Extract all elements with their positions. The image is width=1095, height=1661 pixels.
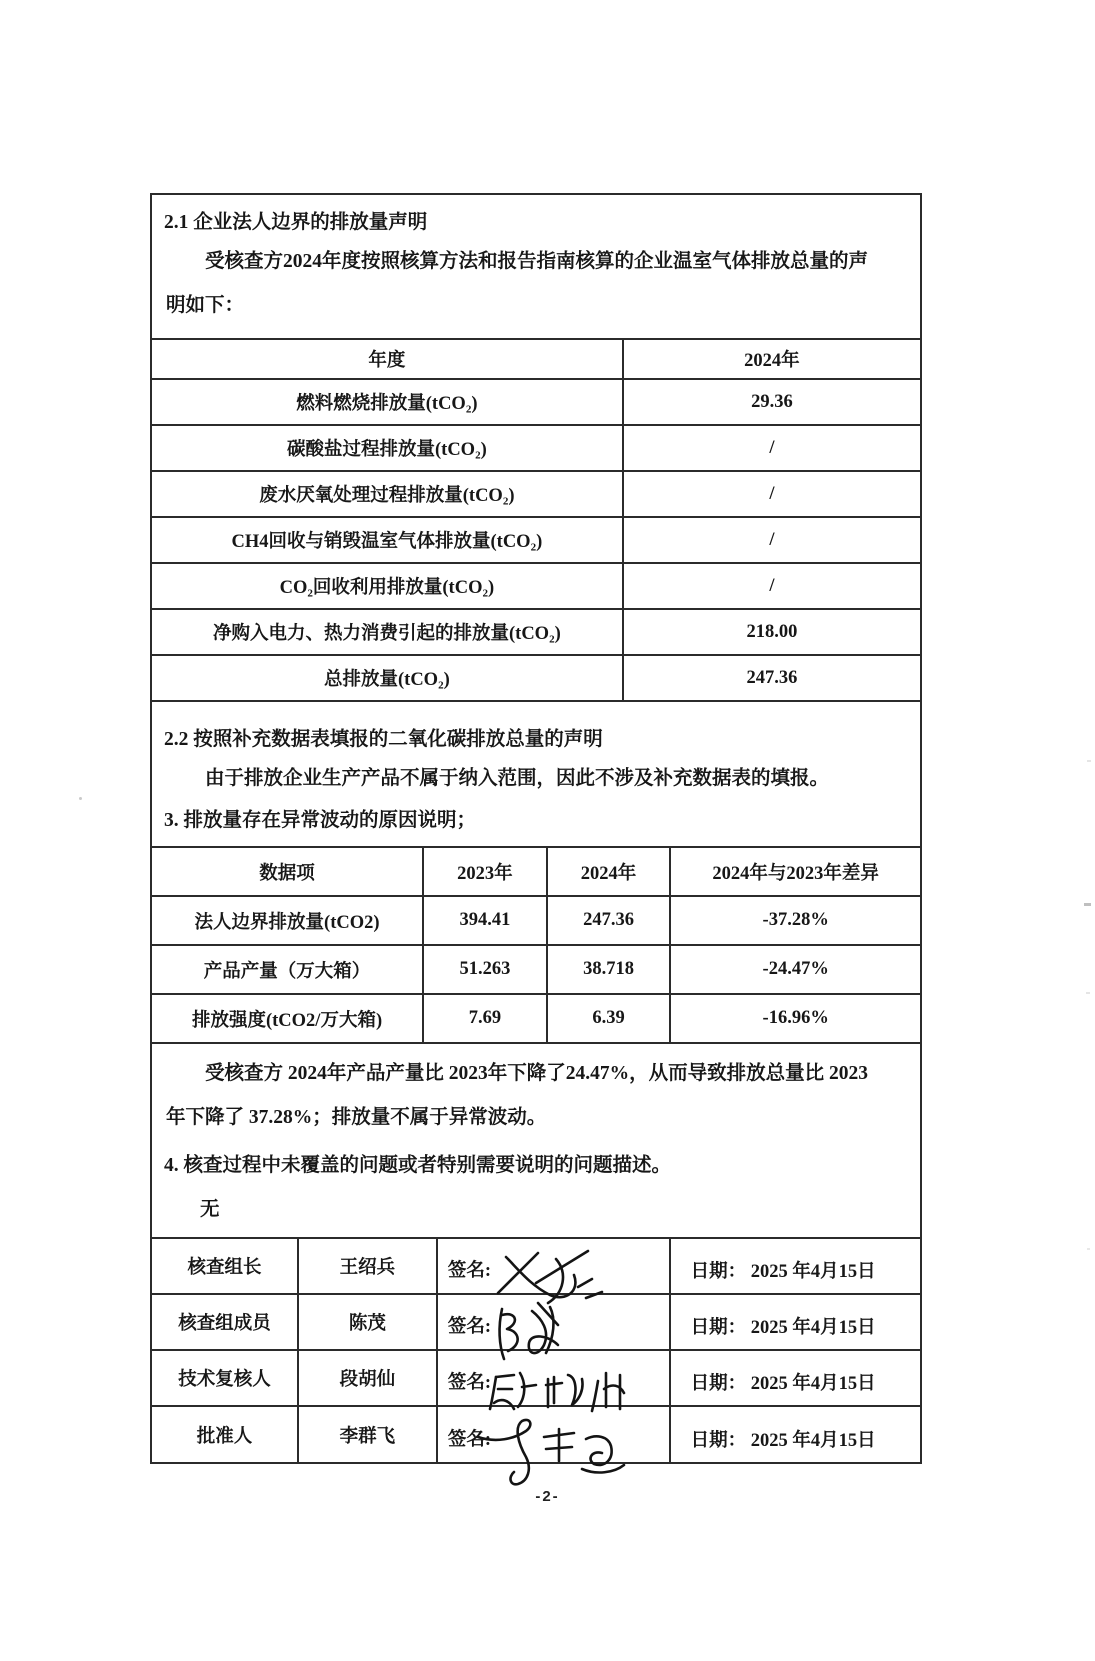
signature-row-team-member: 核查组成员 陈茂 签名: 日期： 2025 年4月15日 [152, 1294, 920, 1350]
paragraph-line: 明如下： [166, 295, 244, 316]
signature-row-team-leader: 核查组长 王绍兵 签名: 日期： 2025 年4月15日 [152, 1238, 920, 1294]
row-value: 6.39 [547, 994, 671, 1043]
table-row: 法人边界排放量(tCO2) 394.41 247.36 -37.28% [152, 896, 920, 945]
scan-artifact-dash [1086, 992, 1090, 994]
row-value: 51.263 [423, 945, 547, 994]
row-value: 394.41 [423, 896, 547, 945]
row-value: / [623, 563, 920, 609]
row-label: 燃料燃烧排放量(tCO₂) [152, 379, 623, 425]
row-value: 247.36 [547, 896, 671, 945]
paragraph-line: 受核查方2024年度按照核算方法和报告指南核算的企业温室气体排放总量的声 [205, 251, 868, 272]
section-3-heading: 3. 排放量存在异常波动的原因说明； [164, 807, 906, 834]
table-row: CH4回收与销毁温室气体排放量(tCO₂) / [152, 517, 920, 563]
table-row: 净购入电力、热力消费引起的排放量(tCO₂) 218.00 [152, 609, 920, 655]
signature-scribble-liqunfei [478, 1411, 648, 1489]
header-cell-2024: 2024年 [547, 847, 671, 896]
signature-scribble-chenmao [490, 1297, 640, 1361]
section-2-2-paragraph: 由于排放企业生产产品不属于纳入范围，因此不涉及补充数据表的填报。 [166, 765, 902, 792]
table-row: 燃料燃烧排放量(tCO₂) 29.36 [152, 379, 920, 425]
signature-table: 核查组长 王绍兵 签名: 日期： 2025 年4月15日 核查组成员 陈 [152, 1237, 920, 1462]
row-value: -24.47% [670, 945, 920, 994]
sign-label: 签名: [448, 1373, 491, 1393]
person-name: 李群飞 [298, 1406, 437, 1462]
row-label: 排放强度(tCO2/万大箱) [152, 994, 423, 1043]
role-label: 批准人 [152, 1406, 298, 1462]
row-label: 法人边界排放量(tCO2) [152, 896, 423, 945]
section-3-paragraph: 受核查方 2024年产品产量比 2023年下降了24.47%，从而导致排放总量比… [166, 1052, 902, 1140]
section-2-1-paragraph: 受核查方2024年度按照核算方法和报告指南核算的企业温室气体排放总量的声 明如下… [166, 240, 902, 328]
header-cell-item: 数据项 [152, 847, 423, 896]
table-header-row: 数据项 2023年 2024年 2024年与2023年差异 [152, 847, 920, 896]
table-row: 排放强度(tCO2/万大箱) 7.69 6.39 -16.96% [152, 994, 920, 1043]
date-cell: 日期： 2025 年4月15日 [670, 1406, 920, 1462]
row-value: 7.69 [423, 994, 547, 1043]
row-value: / [623, 517, 920, 563]
date-cell: 日期： 2025 年4月15日 [670, 1238, 920, 1294]
header-cell-2024: 2024年 [623, 339, 920, 379]
person-name: 陈茂 [298, 1294, 437, 1350]
scan-artifact-dot [79, 797, 82, 800]
signature-cell: 签名: [437, 1294, 670, 1350]
section-2-2-heading: 2.2 按照补充数据表填报的二氧化碳排放总量的声明 [164, 726, 906, 753]
row-label: 废水厌氧处理过程排放量(tCO₂) [152, 471, 623, 517]
role-label: 技术复核人 [152, 1350, 298, 1406]
row-value: 218.00 [623, 609, 920, 655]
date-value: 2025 年4月15日 [751, 1262, 876, 1282]
date-value: 2025 年4月15日 [751, 1374, 876, 1394]
report-bordered-section: 2.1 企业法人边界的排放量声明 受核查方2024年度按照核算方法和报告指南核算… [150, 193, 922, 1464]
row-label: 碳酸盐过程排放量(tCO₂) [152, 425, 623, 471]
table-row: 废水厌氧处理过程排放量(tCO₂) / [152, 471, 920, 517]
scan-artifact-dash [1087, 1248, 1090, 1250]
row-label: CO₂回收利用排放量(tCO₂) [152, 563, 623, 609]
date-label: 日期： [691, 1262, 747, 1282]
table-row: 总排放量(tCO₂) 247.36 [152, 655, 920, 701]
row-value: 38.718 [547, 945, 671, 994]
page-number: -2- [0, 1488, 1095, 1505]
person-name: 段胡仙 [298, 1350, 437, 1406]
row-label: CH4回收与销毁温室气体排放量(tCO₂) [152, 517, 623, 563]
row-value: 247.36 [623, 655, 920, 701]
date-value: 2025 年4月15日 [751, 1318, 876, 1338]
person-name: 王绍兵 [298, 1238, 437, 1294]
emission-declaration-table: 年度 2024年 燃料燃烧排放量(tCO₂) 29.36 碳酸盐过程排放量(tC… [152, 338, 920, 702]
date-label: 日期： [691, 1431, 747, 1451]
section-4-answer: 无 [200, 1193, 920, 1221]
date-value: 2025 年4月15日 [751, 1431, 876, 1451]
scanned-document-page: { "page_number": "-2-", "colors": { "ink… [0, 0, 1095, 1661]
scan-artifact-dash [1087, 760, 1091, 762]
date-label: 日期： [691, 1318, 747, 1338]
role-label: 核查组长 [152, 1238, 298, 1294]
row-label: 净购入电力、热力消费引起的排放量(tCO₂) [152, 609, 623, 655]
date-cell: 日期： 2025 年4月15日 [670, 1294, 920, 1350]
scan-artifact-dash [1084, 903, 1091, 906]
signature-cell: 签名: [437, 1238, 670, 1294]
header-cell-year: 年度 [152, 339, 623, 379]
row-label: 总排放量(tCO₂) [152, 655, 623, 701]
row-label: 产品产量（万大箱） [152, 945, 423, 994]
row-value: -37.28% [670, 896, 920, 945]
section-2-1-heading: 2.1 企业法人边界的排放量声明 [164, 209, 906, 236]
table-row: 碳酸盐过程排放量(tCO₂) / [152, 425, 920, 471]
comparison-table: 数据项 2023年 2024年 2024年与2023年差异 法人边界排放量(tC… [152, 846, 920, 1044]
signature-row-approver: 批准人 李群飞 签名: 日期： 2025 年4月15日 [152, 1406, 920, 1462]
row-value: / [623, 471, 920, 517]
sign-label: 签名: [448, 1317, 491, 1337]
date-cell: 日期： 2025 年4月15日 [670, 1350, 920, 1406]
sign-label: 签名: [448, 1261, 491, 1281]
row-value: -16.96% [670, 994, 920, 1043]
header-cell-diff: 2024年与2023年差异 [670, 847, 920, 896]
role-label: 核查组成员 [152, 1294, 298, 1350]
signature-cell: 签名: [437, 1406, 670, 1462]
row-value: / [623, 425, 920, 471]
row-value: 29.36 [623, 379, 920, 425]
paragraph-line: 受核查方 2024年产品产量比 2023年下降了24.47%，从而导致排放总量比… [205, 1063, 868, 1084]
paragraph-line: 年下降了 37.28%；排放量不属于异常波动。 [166, 1107, 546, 1128]
table-row: CO₂回收利用排放量(tCO₂) / [152, 563, 920, 609]
table-header-row: 年度 2024年 [152, 339, 920, 379]
signature-scribble-wangshaobing [490, 1241, 660, 1305]
date-label: 日期： [691, 1374, 747, 1394]
header-cell-2023: 2023年 [423, 847, 547, 896]
section-4-heading: 4. 核查过程中未覆盖的问题或者特别需要说明的问题描述。 [164, 1152, 906, 1179]
table-row: 产品产量（万大箱） 51.263 38.718 -24.47% [152, 945, 920, 994]
